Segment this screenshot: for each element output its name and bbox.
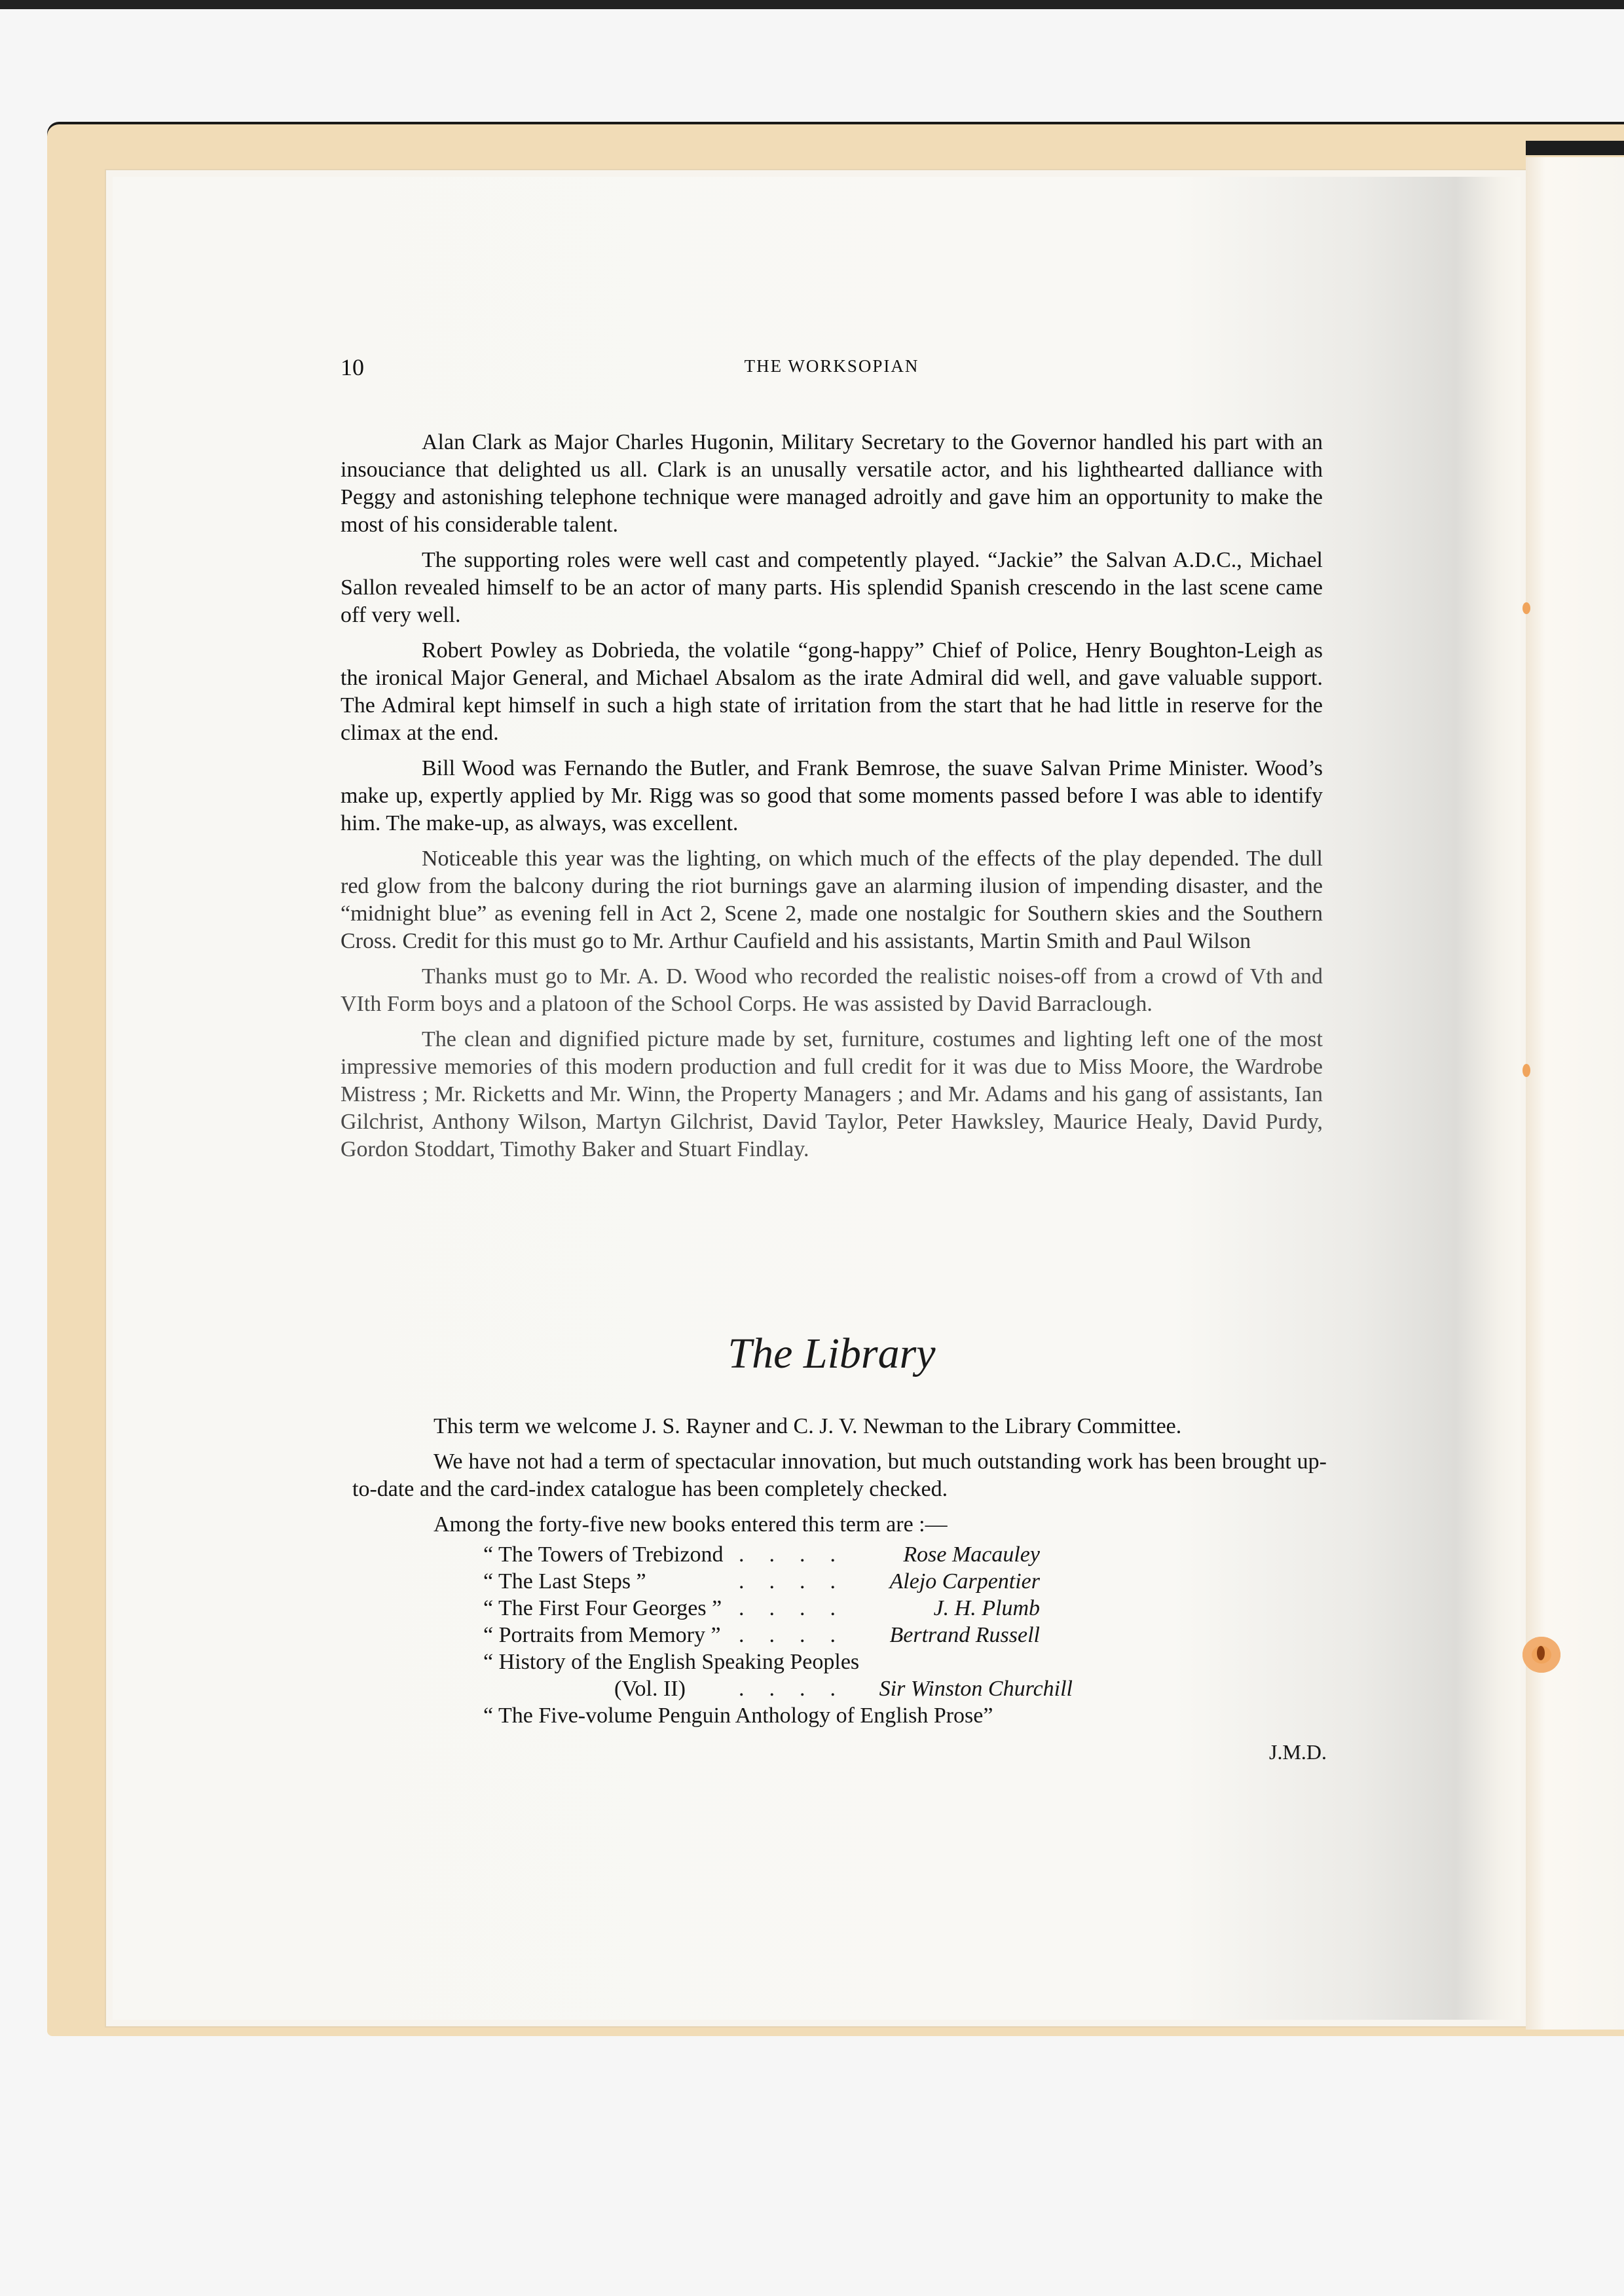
stain-mark [1522,602,1530,614]
book-author: J. H. Plumb [830,1595,1040,1622]
paragraph: The supporting roles were well cast and … [341,547,1323,629]
book-entry: “ The Towers of Trebizond .... Rose Maca… [352,1541,1327,1568]
book-author: Rose Macauley [830,1541,1040,1569]
stain-mark [1522,1064,1530,1077]
book-author: Bertrand Russell [830,1622,1040,1649]
paragraph: Alan Clark as Major Charles Hugonin, Mil… [341,429,1323,539]
paragraph: Noticeable this year was the lighting, o… [341,845,1323,955]
paragraph: The clean and dignified picture made by … [341,1026,1323,1163]
book-title: “ The Five-volume Penguin Anthology of E… [352,1702,993,1730]
library-section: This term we welcome J. S. Rayner and C.… [352,1413,1327,1766]
book-volume: (Vol. II) [352,1675,739,1703]
book-title: “ History of the English Speaking People… [352,1649,859,1676]
section-title: The Library [341,1329,1323,1379]
signature: J.M.D. [352,1738,1327,1766]
play-review: Alan Clark as Major Charles Hugonin, Mil… [341,429,1323,1171]
stain-mark [1522,1637,1560,1673]
book-entry: “ The Five-volume Penguin Anthology of E… [352,1702,1327,1729]
leader-dots: .... [739,1568,830,1595]
book-title: “ The First Four Georges ” [352,1595,739,1622]
book-title: “ Portraits from Memory ” [352,1622,739,1649]
facing-page-edge [1526,157,1624,2030]
paragraph: This term we welcome J. S. Rayner and C.… [352,1413,1327,1440]
leader-dots: .... [739,1622,830,1649]
journal-title: THE WORKSOPIAN [341,356,1323,376]
paragraph: Among the forty-five new books entered t… [352,1511,1327,1539]
paragraph: Thanks must go to Mr. A. D. Wood who rec… [341,963,1323,1018]
book-entry-continuation: (Vol. II) .... Sir Winston Churchill [352,1675,1327,1702]
book-title: “ The Last Steps ” [352,1568,739,1595]
scan-edge-top [0,0,1624,9]
leader-dots: .... [739,1541,830,1569]
book-author: Sir Winston Churchill [830,1675,1073,1703]
book-entry: “ The First Four Georges ” .... J. H. Pl… [352,1595,1327,1622]
book-list: “ The Towers of Trebizond .... Rose Maca… [352,1541,1327,1729]
book-author: Alejo Carpentier [830,1568,1040,1595]
book-title: “ The Towers of Trebizond [352,1541,739,1569]
cover-shadow [1526,141,1624,155]
book-entry: “ The Last Steps ” .... Alejo Carpentier [352,1568,1327,1595]
running-head: 10 THE WORKSOPIAN [341,354,1323,380]
paragraph: We have not had a term of spectacular in… [352,1448,1327,1503]
paragraph: Bill Wood was Fernando the Butler, and F… [341,755,1323,837]
book-entry: “ Portraits from Memory ” .... Bertrand … [352,1622,1327,1649]
leader-dots: .... [739,1595,830,1622]
book-entry: “ History of the English Speaking People… [352,1649,1327,1675]
leader-dots: .... [739,1675,830,1703]
paragraph: Robert Powley as Dobrieda, the volatile … [341,637,1323,747]
